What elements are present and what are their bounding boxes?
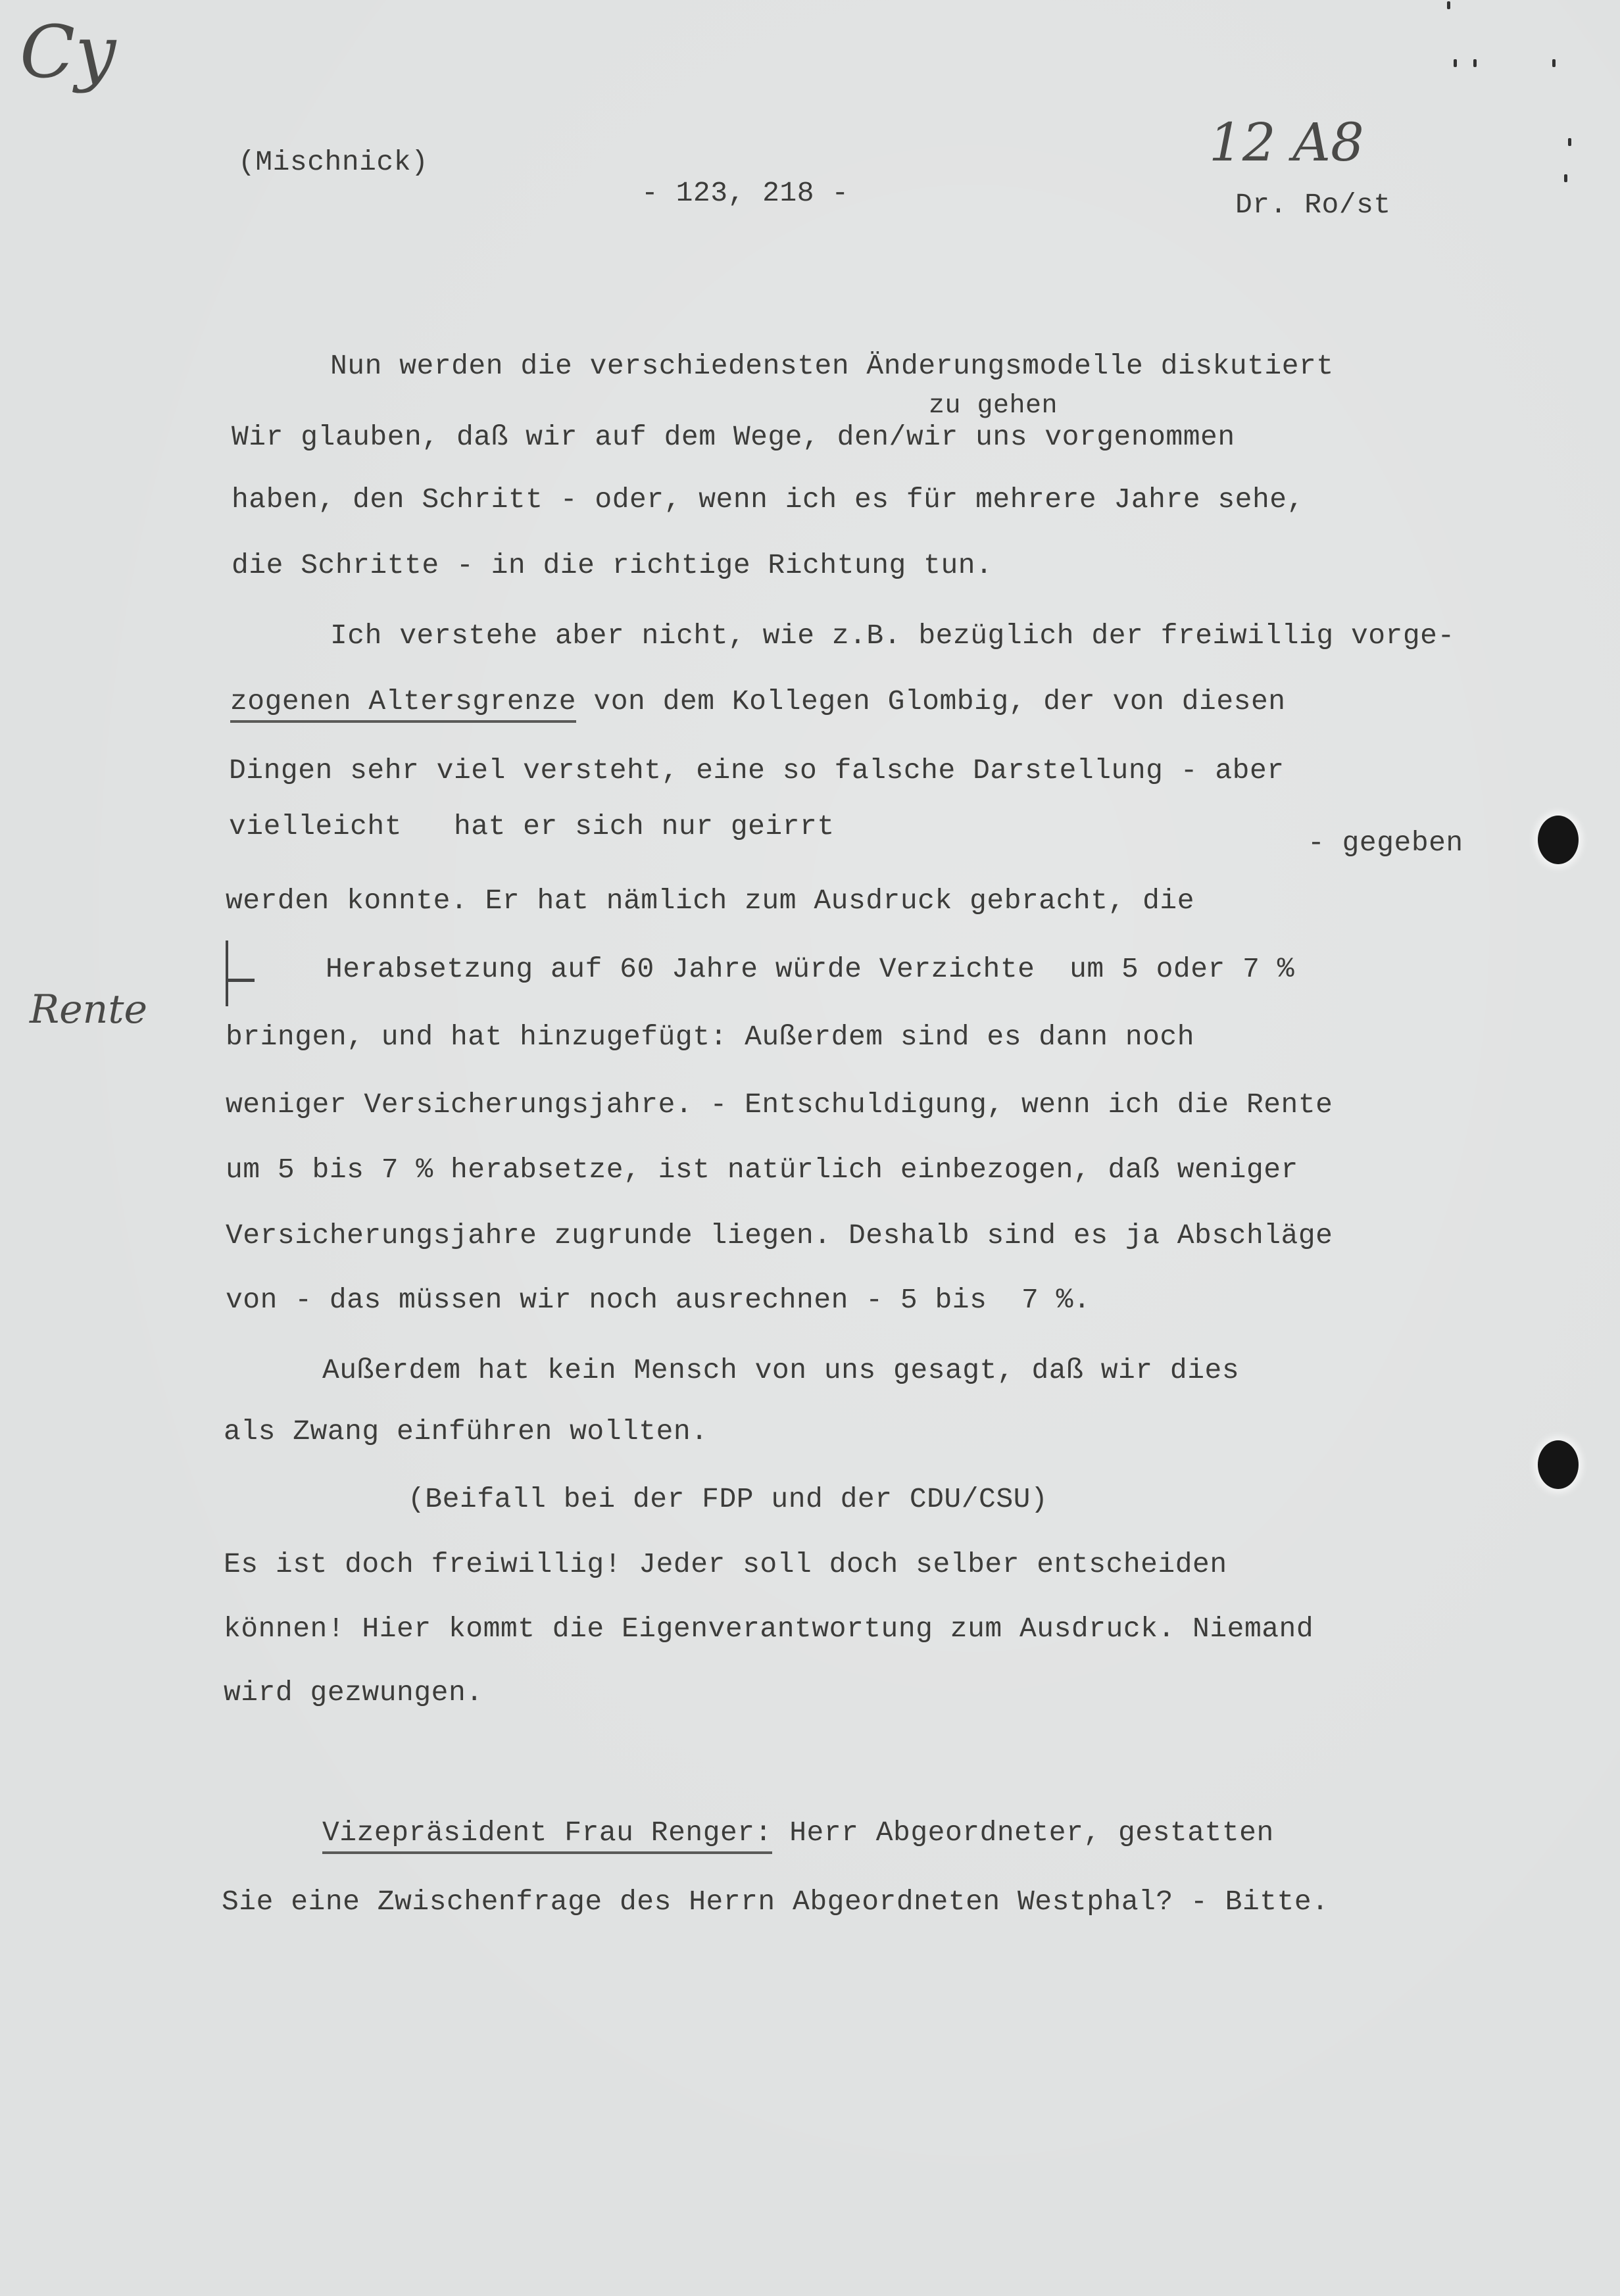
speck: [1447, 1, 1450, 9]
line-5: Ich verstehe aber nicht, wie z.B. bezügl…: [330, 622, 1455, 650]
margin-bracket: [226, 940, 228, 1006]
line-13: um 5 bis 7 % herabsetze, ist natürlich e…: [226, 1156, 1298, 1184]
speaker-header: (Mischnick): [238, 148, 428, 176]
handwritten-page-ref: 12 A8: [1209, 112, 1364, 173]
line-12: weniger Versicherungsjahre. - Entschuldi…: [226, 1090, 1333, 1119]
line-21: Sie eine Zwischenfrage des Herrn Abgeord…: [222, 1888, 1329, 1916]
line-11: bringen, und hat hinzugefügt: Außerdem s…: [226, 1023, 1194, 1051]
punch-hole: [1538, 816, 1579, 864]
line-10: Herabsetzung auf 60 Jahre würde Verzicht…: [326, 955, 1294, 983]
applause-note: (Beifall bei der FDP und der CDU/CSU): [408, 1485, 1048, 1513]
line-15: von - das müssen wir noch ausrechnen - 5…: [226, 1286, 1091, 1314]
speaker-name: Vizepräsident Frau Renger:: [322, 1817, 772, 1854]
line-17: als Zwang einführen wollten.: [224, 1417, 708, 1446]
document-page: Cy (Mischnick) - 123, 218 - 12 A8 Dr. Ro…: [0, 0, 1620, 2296]
speck: [1473, 59, 1477, 67]
underlined-phrase: zogenen Altersgrenze: [230, 685, 576, 723]
line-insert-zu-gehen: zu gehen: [929, 393, 1058, 420]
line-2: Wir glauben, daß wir auf dem Wege, den/w…: [232, 423, 1235, 451]
line-8: vielleicht hat er sich nur geirrt: [229, 812, 835, 841]
speck: [1568, 138, 1571, 146]
line-9: werden konnte. Er hat nämlich zum Ausdru…: [226, 887, 1194, 915]
line-7: Dingen sehr viel versteht, eine so falsc…: [229, 756, 1285, 785]
line-20: wird gezwungen.: [224, 1678, 483, 1707]
line-4: die Schritte - in die richtige Richtung …: [232, 551, 993, 579]
speck: [1552, 59, 1556, 67]
speck: [1454, 59, 1457, 67]
line-16: Außerdem hat kein Mensch von uns gesagt,…: [322, 1356, 1239, 1384]
line-8-end: - gegeben: [1308, 829, 1463, 857]
speaker-line: Vizepräsident Frau Renger: Herr Abgeordn…: [322, 1819, 1274, 1847]
line-6: zogenen Altersgrenze von dem Kollegen Gl…: [230, 687, 1286, 716]
line-3: haben, den Schritt - oder, wenn ich es f…: [232, 485, 1304, 514]
page-number: - 123, 218 -: [641, 179, 849, 207]
line-18: Es ist doch freiwillig! Jeder soll doch …: [224, 1550, 1227, 1578]
handwritten-initials: Cy: [20, 10, 116, 94]
punch-hole: [1538, 1440, 1579, 1489]
line-1: Nun werden die verschiedensten Änderungs…: [330, 352, 1334, 380]
line-14: Versicherungsjahre zugrunde liegen. Desh…: [226, 1221, 1333, 1250]
margin-note: Rente: [30, 987, 147, 1033]
clerk-code: Dr. Ro/st: [1235, 191, 1391, 219]
speck: [1564, 174, 1567, 182]
line-19: können! Hier kommt die Eigenverantwortun…: [224, 1615, 1313, 1643]
